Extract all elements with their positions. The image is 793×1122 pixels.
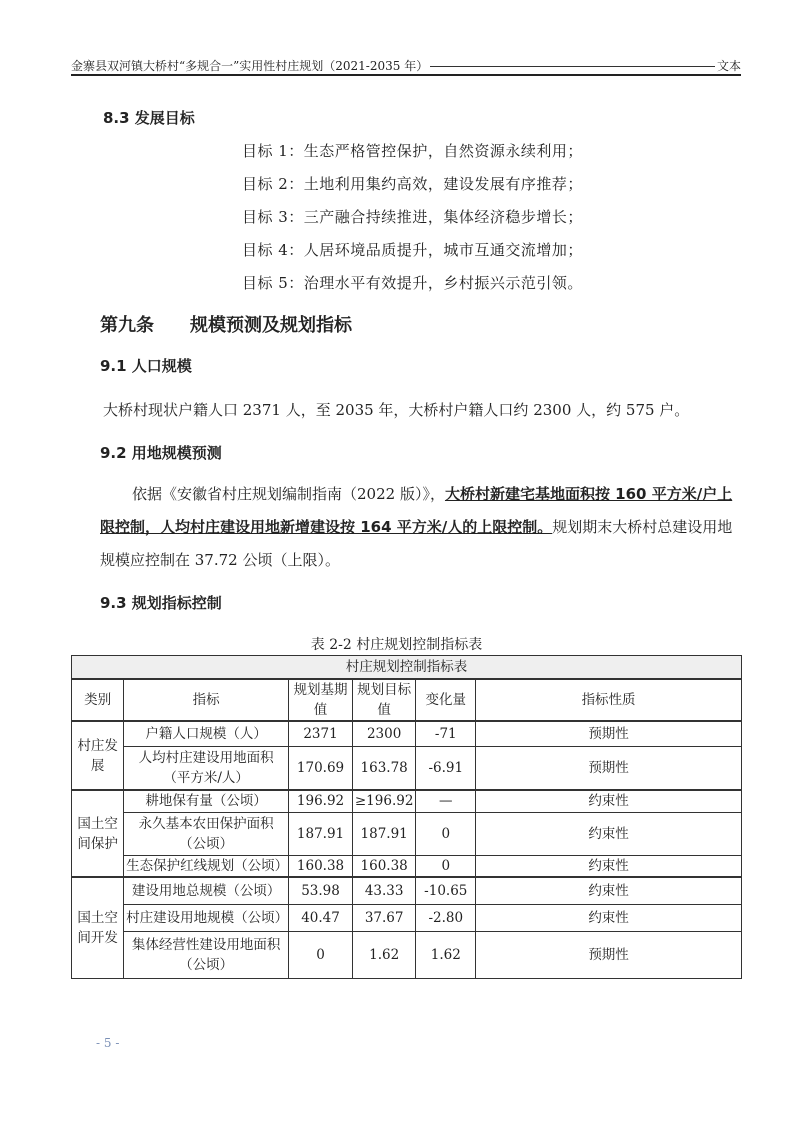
header-rule	[71, 74, 741, 76]
base-cell: 187.91	[289, 812, 353, 855]
nature-cell: 预期性	[476, 721, 742, 746]
nature-cell: 约束性	[476, 855, 742, 877]
indicator-cell: 耕地保有量（公顷）	[124, 790, 289, 812]
indicator-cell: 户籍人口规模（人）	[124, 721, 289, 746]
heading-8-3: 8.3 发展目标	[103, 107, 195, 128]
change-cell: -71	[416, 721, 476, 746]
target-cell: 1.62	[352, 931, 416, 978]
base-cell: 170.69	[289, 746, 353, 790]
table-title: 村庄规划控制指标表	[72, 656, 742, 680]
header-nature: 指标性质	[476, 679, 742, 721]
land-scale-paragraph: 依据《安徽省村庄规划编制指南（2022 版）》，大桥村新建宅基地面积按 160 …	[100, 478, 741, 577]
table-row: 人均村庄建设用地面积（平方米/人） 170.69 163.78 -6.91 预期…	[72, 746, 742, 790]
indicator-cell: 建设用地总规模（公顷）	[124, 877, 289, 904]
change-cell: 0	[416, 855, 476, 877]
nature-cell: 预期性	[476, 746, 742, 790]
document-type-label: 文本	[717, 57, 741, 74]
target-cell: 160.38	[352, 855, 416, 877]
table-row: 集体经营性建设用地面积（公顷） 0 1.62 1.62 预期性	[72, 931, 742, 978]
base-cell: 196.92	[289, 790, 353, 812]
table-row: 国土空间保护 耕地保有量（公顷） 196.92 ≥196.92 — 约束性	[72, 790, 742, 812]
target-cell: ≥196.92	[352, 790, 416, 812]
target-cell: 2300	[352, 721, 416, 746]
header-target-value: 规划目标值	[352, 679, 416, 721]
category-cell: 国土空间保护	[72, 790, 124, 877]
base-cell: 160.38	[289, 855, 353, 877]
goal-1: 目标 1：生态严格管控保护，自然资源永续利用；	[242, 140, 583, 161]
table-header-row: 类别 指标 规划基期值 规划目标值 变化量 指标性质	[72, 679, 742, 721]
target-cell: 187.91	[352, 812, 416, 855]
nature-cell: 预期性	[476, 931, 742, 978]
goal-4: 目标 4：人居环境品质提升，城市互通交流增加；	[242, 239, 583, 260]
base-cell: 40.47	[289, 904, 353, 931]
heading-9-3: 9.3 规划指标控制	[100, 592, 222, 613]
control-indicator-table: 村庄规划控制指标表 类别 指标 规划基期值 规划目标值 变化量 指标性质 村庄发…	[71, 655, 742, 979]
table-row: 国土空间开发 建设用地总规模（公顷） 53.98 43.33 -10.65 约束…	[72, 877, 742, 904]
change-cell: -10.65	[416, 877, 476, 904]
target-cell: 43.33	[352, 877, 416, 904]
category-cell: 国土空间开发	[72, 877, 124, 978]
indicator-cell: 生态保护红线规划（公顷）	[124, 855, 289, 877]
goal-5: 目标 5：治理水平有效提升，乡村振兴示范引领。	[242, 272, 583, 293]
table-title-row: 村庄规划控制指标表	[72, 656, 742, 680]
article-9-heading: 第九条 规模预测及规划指标	[100, 311, 352, 337]
change-cell: -2.80	[416, 904, 476, 931]
change-cell: 0	[416, 812, 476, 855]
table-caption: 表 2-2 村庄规划控制指标表	[0, 634, 793, 654]
base-cell: 2371	[289, 721, 353, 746]
table-row: 村庄发展 户籍人口规模（人） 2371 2300 -71 预期性	[72, 721, 742, 746]
population-paragraph: 大桥村现状户籍人口 2371 人，至 2035 年，大桥村户籍人口约 2300 …	[103, 394, 744, 427]
table-row: 生态保护红线规划（公顷） 160.38 160.38 0 约束性	[72, 855, 742, 877]
heading-9-1: 9.1 人口规模	[100, 355, 192, 376]
base-cell: 0	[289, 931, 353, 978]
header-category: 类别	[72, 679, 124, 721]
page-number: - 5 -	[96, 1036, 119, 1050]
indicator-cell: 永久基本农田保护面积（公顷）	[124, 812, 289, 855]
goal-2: 目标 2：土地利用集约高效，建设发展有序推荐；	[242, 173, 583, 194]
nature-cell: 约束性	[476, 790, 742, 812]
header-base-value: 规划基期值	[289, 679, 353, 721]
land-scale-text-before: 依据《安徽省村庄规划编制指南（2022 版）》，	[132, 485, 445, 503]
heading-9-2: 9.2 用地规模预测	[100, 442, 222, 463]
change-cell: -6.91	[416, 746, 476, 790]
running-header: 金寨县双河镇大桥村“多规合一”实用性村庄规划（2021-2035 年） 文本	[71, 54, 741, 74]
change-cell: —	[416, 790, 476, 812]
table-row: 村庄建设用地规模（公顷） 40.47 37.67 -2.80 约束性	[72, 904, 742, 931]
nature-cell: 约束性	[476, 904, 742, 931]
target-cell: 37.67	[352, 904, 416, 931]
indicator-cell: 集体经营性建设用地面积（公顷）	[124, 931, 289, 978]
document-title: 金寨县双河镇大桥村“多规合一”实用性村庄规划（2021-2035 年）	[71, 57, 428, 74]
nature-cell: 约束性	[476, 812, 742, 855]
header-indicator: 指标	[124, 679, 289, 721]
indicator-cell: 村庄建设用地规模（公顷）	[124, 904, 289, 931]
nature-cell: 约束性	[476, 877, 742, 904]
base-cell: 53.98	[289, 877, 353, 904]
header-change: 变化量	[416, 679, 476, 721]
change-cell: 1.62	[416, 931, 476, 978]
header-dash-line	[430, 66, 715, 67]
indicator-cell: 人均村庄建设用地面积（平方米/人）	[124, 746, 289, 790]
target-cell: 163.78	[352, 746, 416, 790]
goal-3: 目标 3：三产融合持续推进，集体经济稳步增长；	[242, 206, 583, 227]
table-row: 永久基本农田保护面积（公顷） 187.91 187.91 0 约束性	[72, 812, 742, 855]
category-cell: 村庄发展	[72, 721, 124, 790]
